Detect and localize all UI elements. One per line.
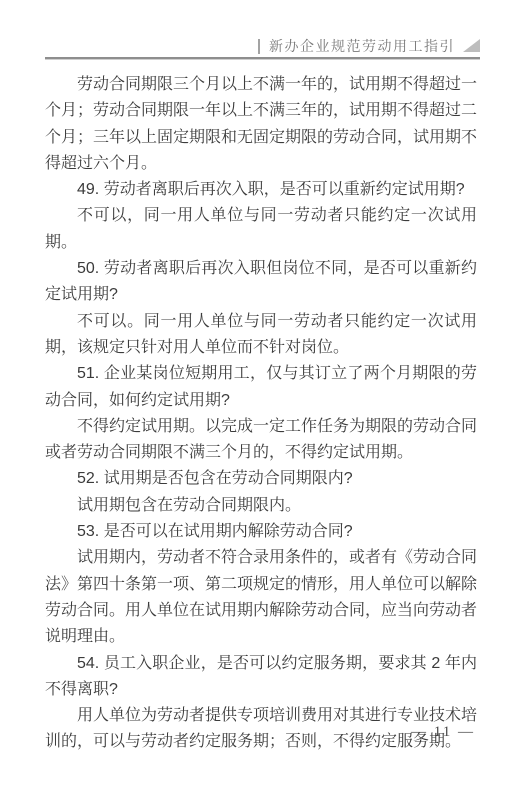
- answer-paragraph: 劳动合同期限三个月以上不满一年的，试用期不得超过一个月；劳动合同期限一年以上不满…: [45, 72, 477, 177]
- question-paragraph: 52. 试用期是否包含在劳动合同期限内?: [45, 466, 477, 492]
- page-number: — 11 —: [411, 724, 475, 740]
- question-paragraph: 49. 劳动者离职后再次入职，是否可以重新约定试用期?: [45, 177, 477, 203]
- body-text: 劳动合同期限三个月以上不满一年的，试用期不得超过一个月；劳动合同期限一年以上不满…: [45, 72, 477, 756]
- page-footer: — 11 —: [411, 724, 475, 741]
- header-divider: [258, 39, 260, 54]
- question-paragraph: 53. 是否可以在试用期内解除劳动合同?: [45, 519, 477, 545]
- document-page: 新办企业规范劳动用工指引 劳动合同期限三个月以上不满一年的，试用期不得超过一个月…: [0, 0, 529, 794]
- question-paragraph: 50. 劳动者离职后再次入职但岗位不同，是否可以重新约定试用期?: [45, 256, 477, 309]
- corner-triangle-icon: [463, 39, 480, 52]
- question-paragraph: 51. 企业某岗位短期用工，仅与其订立了两个月期限的劳动合同，如何约定试用期?: [45, 361, 477, 414]
- question-paragraph: 54. 员工入职企业，是否可以约定服务期，要求其 2 年内不得离职?: [45, 651, 477, 704]
- answer-paragraph: 试用期包含在劳动合同期限内。: [45, 493, 477, 519]
- page-header: 新办企业规范劳动用工指引: [45, 0, 480, 60]
- answer-paragraph: 不可以，同一用人单位与同一劳动者只能约定一次试用期。: [45, 203, 477, 256]
- running-head-title: 新办企业规范劳动用工指引: [269, 36, 455, 56]
- answer-paragraph: 不可以。同一用人单位与同一劳动者只能约定一次试用期，该规定只针对用人单位而不针对…: [45, 309, 477, 362]
- answer-paragraph: 不得约定试用期。以完成一定工作任务为期限的劳动合同或者劳动合同期限不满三个月的，…: [45, 414, 477, 467]
- header-rule: [45, 57, 480, 60]
- running-head: 新办企业规范劳动用工指引: [45, 37, 480, 55]
- answer-paragraph: 试用期内，劳动者不符合录用条件的，或者有《劳动合同法》第四十条第一项、第二项规定…: [45, 545, 477, 650]
